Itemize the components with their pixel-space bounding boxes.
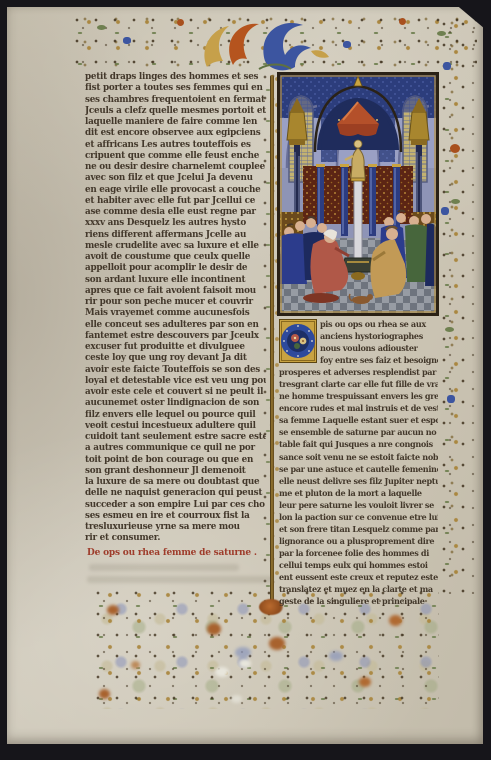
text-line: succeder a son empire Lui par ces cho [85, 500, 266, 511]
text-line: Jceuls a clefz quelle mesmes portoit et [85, 106, 266, 117]
photo-backdrop: petit draps linges des hommes et sesfist… [0, 0, 491, 760]
text-line: la luxure de sa mere ou doubtast que [85, 477, 266, 488]
border-right-penwork [441, 20, 479, 594]
text-line: aucunemet oster lindignacion de son [85, 398, 266, 409]
text-line: toit point de bon courage ou que en [85, 455, 266, 466]
miniature-art [277, 72, 439, 316]
acanthus-spray-ornament [199, 17, 331, 73]
text-line: avec son filz et que Jcelui Ja devenu [85, 173, 266, 184]
leaf-green-ornament [437, 31, 446, 36]
berry-ornament [450, 144, 460, 153]
berry-ornament [399, 18, 406, 25]
text-line: ceste loy que ung roy devant Ja dit [85, 353, 266, 364]
show-through-text [87, 576, 273, 583]
rust-stain [207, 623, 221, 635]
text-line: petit draps linges des hommes et ses [85, 72, 266, 83]
text-line: cuidoit tant seulement estre sacre este [85, 432, 266, 443]
border-bar-ornament [270, 75, 274, 605]
text-line: foy entre ses faiz et besoignes [320, 354, 438, 366]
text-line: se ensemble de saturne par aucun no [279, 426, 438, 438]
manuscript-page: petit draps linges des hommes et sesfist… [7, 7, 483, 744]
text-line: rir pour son peche mucer et couvrir [85, 297, 266, 308]
text-line: ne ou desir desire charnelemt couplee [85, 162, 266, 173]
text-line: cellui temps eulx qui hommes estoi [279, 559, 438, 571]
text-line: ne homme trespuissant envers les gres [279, 390, 438, 402]
text-line: avoit de coustume que ceulx quelle [85, 252, 266, 263]
text-line: dit est encore observee aux egipciens [85, 128, 266, 139]
text-line: riens different affermans Jcelle au [85, 230, 266, 241]
text-line: fist porter a toutes ses femmes qui en [85, 83, 266, 94]
text-line: et son frere titan Lesquelz comme par [279, 523, 438, 535]
flower-blue-ornament [441, 207, 449, 215]
text-line: en eage virile elle provocast a couche [85, 185, 266, 196]
text-line: ase comme desia elle eust regne par [85, 207, 266, 218]
text-line: xxxv ans Desquelz les autres hysto [85, 218, 266, 229]
text-column-right: pis ou ops ou rhea se auxanciens hystori… [279, 318, 438, 610]
text-line: et affricans Les autres touteffois es [85, 140, 266, 151]
white-blob [231, 695, 242, 703]
text-column-left: petit draps linges des hommes et sesfist… [85, 72, 266, 546]
text-line: filz envers elle lequel ou pource quil [85, 410, 266, 421]
text-line: rir et consumer. [85, 533, 266, 544]
text-line: avoir este faicte Touteffois se son des [85, 365, 266, 376]
text-line: ses chambres frequentoient en fermat [85, 95, 266, 106]
rust-stain [99, 689, 110, 699]
rust-stain [107, 605, 119, 615]
text-line: table fait qui Jusques a nre congnois [279, 438, 438, 450]
text-line: avoir este cele et couvert si ne peult i… [85, 387, 266, 398]
text-line: Mais vrayemet comme aucunesfois [85, 308, 266, 319]
text-line: elle neust delivre ses filz Jupiter nept… [279, 475, 438, 487]
flower-blue-ornament [443, 62, 451, 70]
text-line: par la forcenee folie des hommes di [279, 547, 438, 559]
text-line: appelloit pour acomplir le desir de [85, 263, 266, 274]
text-line: geste de la singuliere et principale [279, 595, 438, 607]
berry-ornament [177, 19, 184, 26]
text-line: translatez et muez en la clarte et ma [279, 583, 438, 595]
blue-patch [329, 651, 343, 661]
flower-blue-ornament [123, 37, 131, 44]
text-line: sa femme Laquelle estant suer et espou [279, 414, 438, 426]
text-line: lignorance ou a plusproprement dire [279, 535, 438, 547]
white-blob [215, 667, 229, 677]
text-line: prosperes et adverses resplendist par [279, 366, 438, 378]
text-line: fantemet estre descouvers par Jceulx [85, 331, 266, 342]
flower-blue-ornament [447, 395, 455, 403]
text-line: se par une astuce et cautelle femenine [279, 463, 438, 475]
text-line: me et pluton de la mort a laquelle [279, 487, 438, 499]
rust-stain [269, 637, 285, 650]
text-line: excuser fut produitte et divulguee [85, 342, 266, 353]
text-line: elle conceut ses adulteres par son en [85, 320, 266, 331]
text-line: cripuent que comme elle feust enche [85, 151, 266, 162]
text-line: lon la paction sur ce convenue etre lui [279, 511, 438, 523]
flower-blue-ornament [343, 41, 351, 48]
text-line: tresgrant clarte car elle fut fille de v… [279, 378, 438, 390]
text-line: anciens hystoriographes [320, 330, 438, 342]
text-line: sance soit venu ne se estoit faicte nobl… [279, 451, 438, 463]
text-line: et habiter avec elle fut par Jcellui ce [85, 196, 266, 207]
rust-stain [359, 677, 371, 687]
leaf-green-ornament [445, 327, 454, 332]
text-line: leur pere saturne les vouloit livrer se [279, 499, 438, 511]
text-line: apres que ce fait avoient faisoit mou [85, 286, 266, 297]
text-line: son ardant luxure elle incontinent [85, 275, 266, 286]
leaf-green-ornament [97, 25, 106, 30]
blue-patch [235, 647, 251, 658]
text-line: nous voulons adiouster [320, 342, 438, 354]
rubric-heading: De ops ou rhea femme de saturne . [87, 548, 277, 558]
text-line: ent eussent este creux et reputez este [279, 571, 438, 583]
miniature-temple-scene [277, 72, 439, 316]
text-line: mesle crudelite avec sa luxure et elle [85, 241, 266, 252]
text-line: ses esmeu en ire et courroux fist la [85, 511, 266, 522]
rust-stain [131, 661, 140, 669]
white-blob [239, 659, 251, 668]
text-line: encore rudes et mal instruis et de vesta [279, 402, 438, 414]
text-line: a autres communique ce quil ne por [85, 443, 266, 454]
text-line: veoit cestui incestueux adultere quil [85, 421, 266, 432]
text-line: loyal et detestable vice est veu ung pou [85, 376, 266, 387]
text-line: tresluxurieuse yrne sa mere mou [85, 522, 266, 533]
text-line: laquelle maniere de faire comme len [85, 117, 266, 128]
show-through-text [89, 564, 239, 571]
leaf-green-ornament [451, 199, 460, 204]
rust-stain [389, 615, 402, 626]
text-line: delle ne naquist generacion qui peust [85, 488, 266, 499]
text-line: son grant deshonneur Jl demenoit [85, 466, 266, 477]
text-line: pis ou ops ou rhea se aux [320, 318, 438, 330]
